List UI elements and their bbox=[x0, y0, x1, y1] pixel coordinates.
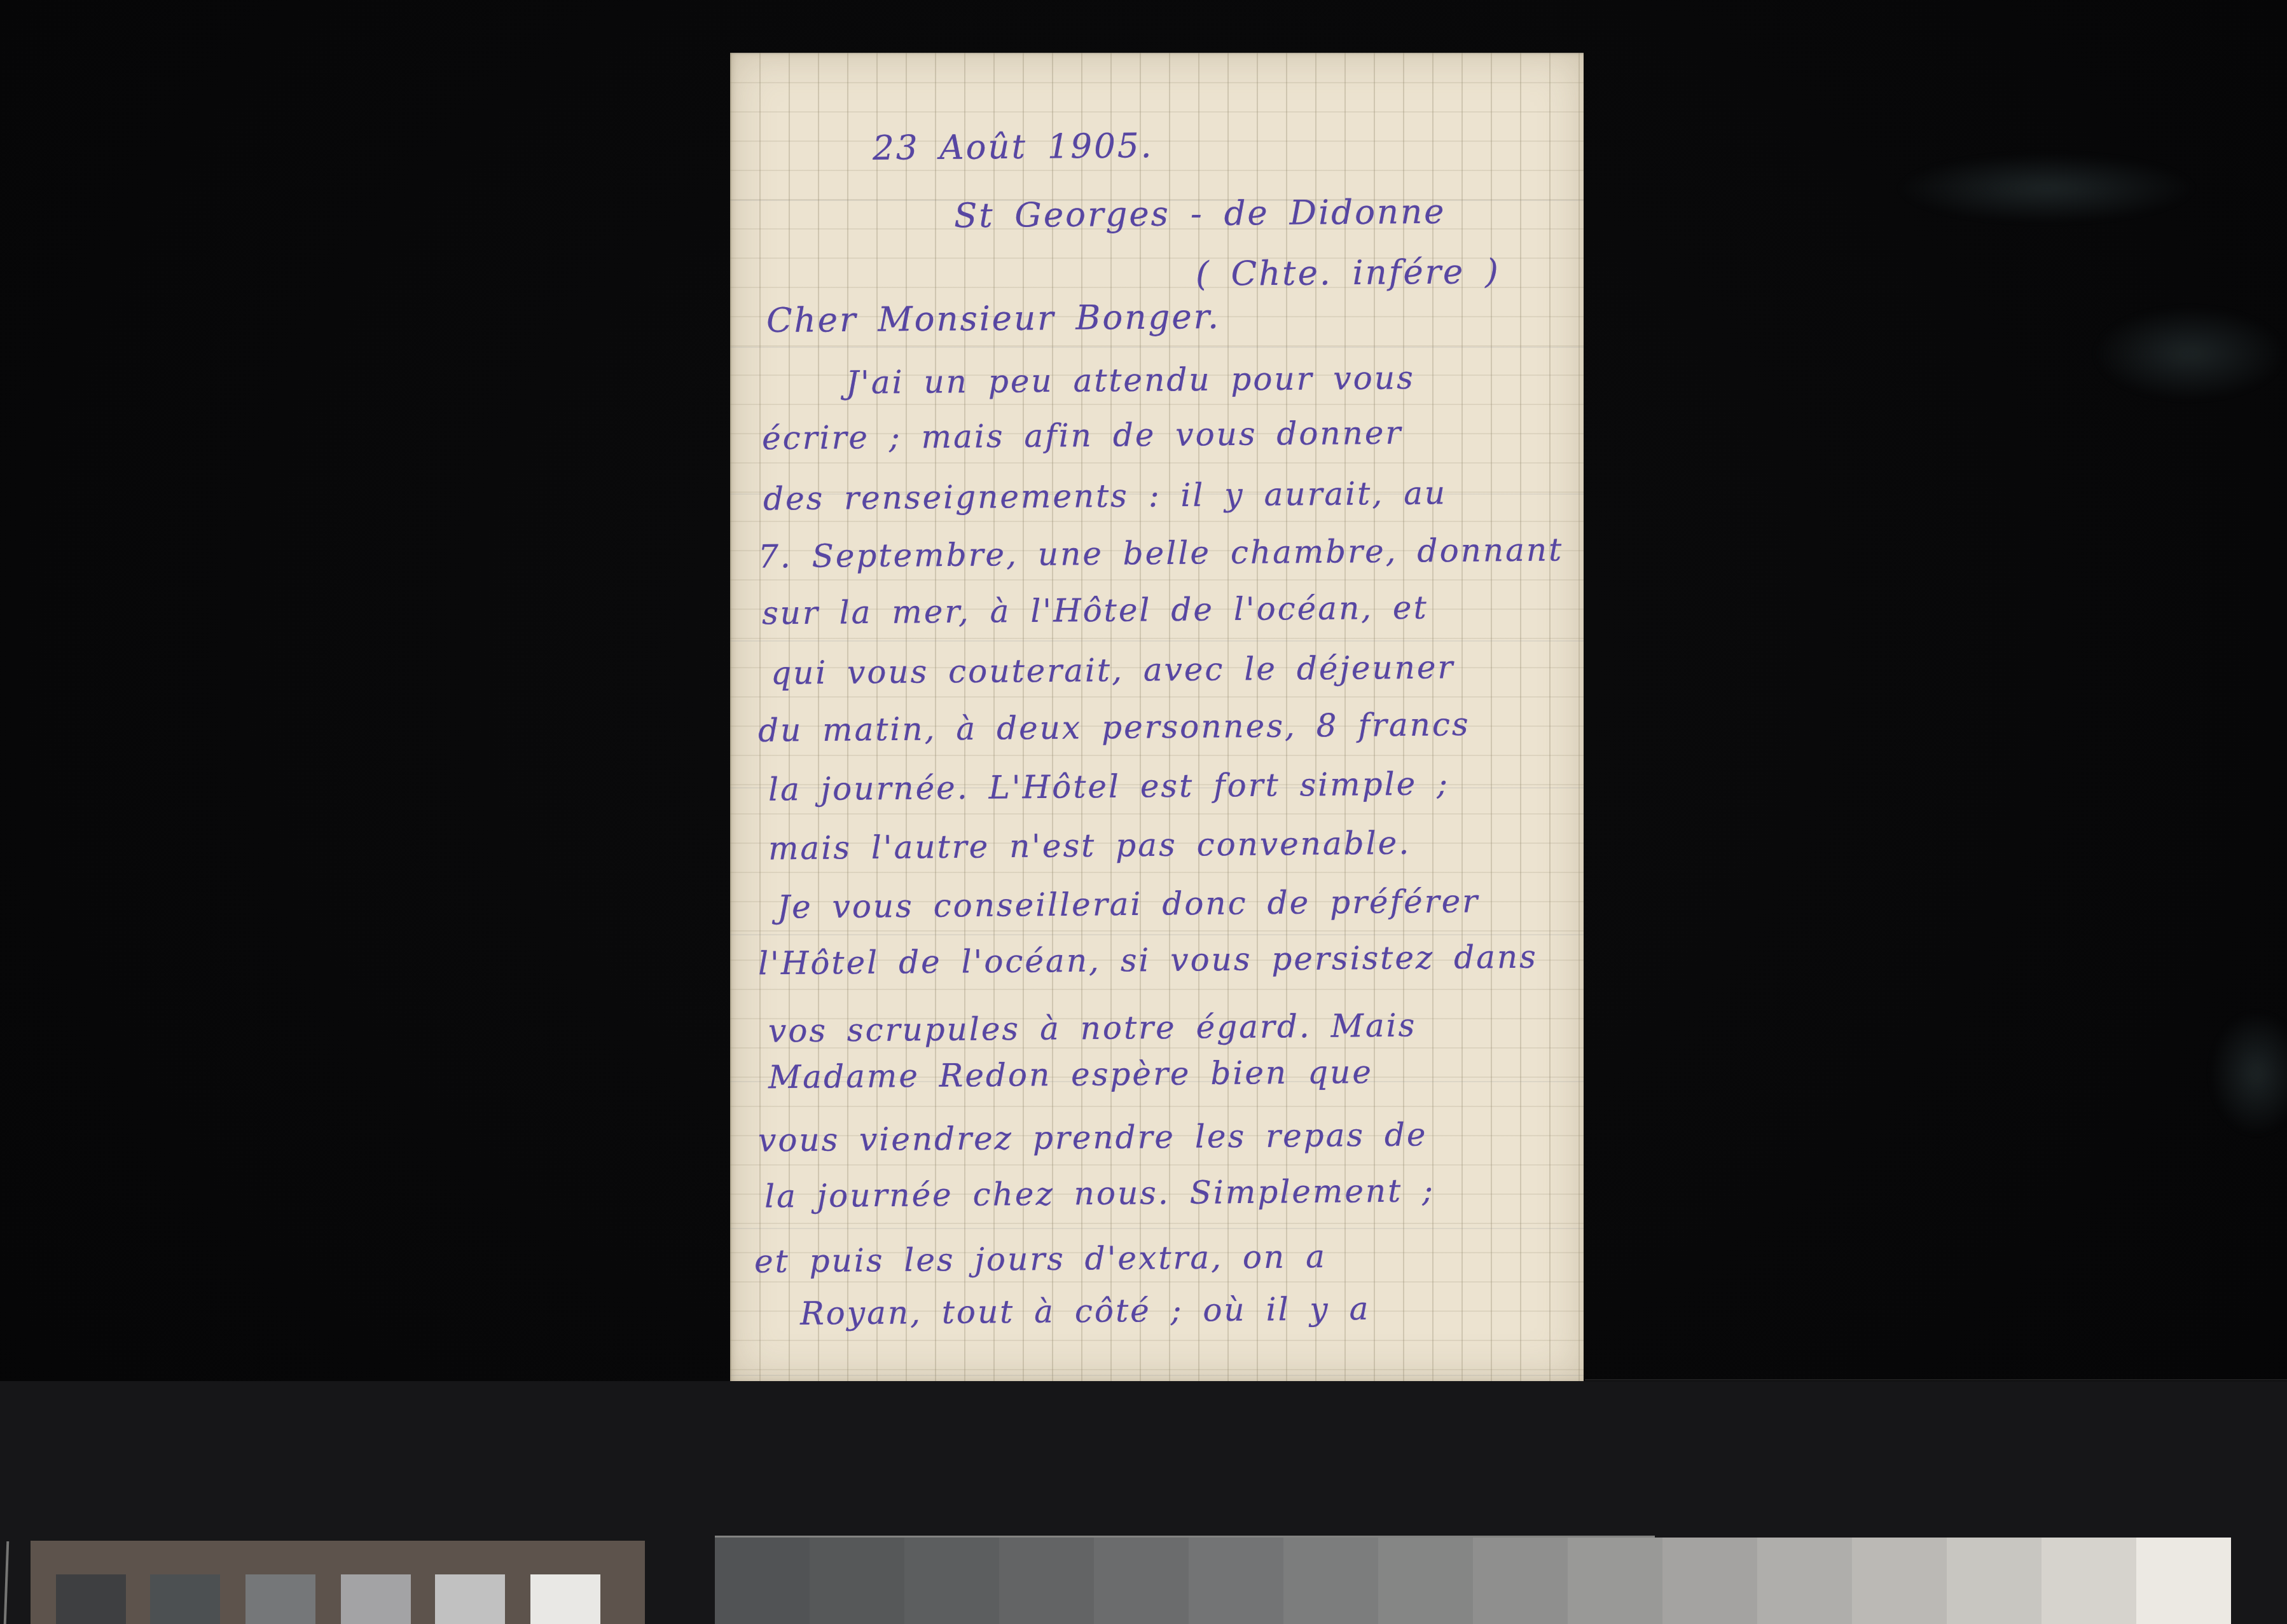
wedge-step bbox=[1189, 1538, 1283, 1624]
ink-ghost-smudge bbox=[2209, 1010, 2287, 1137]
ink-ghost-smudge bbox=[2091, 306, 2287, 401]
date-line: 23 Août 1905. bbox=[873, 126, 1154, 169]
wedge-step bbox=[1568, 1538, 1662, 1624]
grayscale-step-wedge bbox=[715, 1538, 2231, 1624]
wedge-step bbox=[2042, 1538, 2136, 1624]
letter-line: vous viendrez prendre les repas de bbox=[758, 1115, 1428, 1159]
grayscale-calibration-card bbox=[31, 1541, 645, 1624]
wedge-step bbox=[715, 1538, 810, 1624]
wedge-step bbox=[1473, 1538, 1568, 1624]
wedge-step bbox=[999, 1538, 1094, 1624]
letter-line: et puis les jours d'extra, on a bbox=[754, 1237, 1327, 1281]
letter-line: Madame Redon espère bien que bbox=[768, 1053, 1373, 1096]
letter-line: l'Hôtel de l'océan, si vous persistez da… bbox=[758, 938, 1538, 983]
wedge-step bbox=[1094, 1538, 1189, 1624]
surface-edge-line bbox=[1585, 1379, 2287, 1380]
letter-line: mais l'autre n'est pas convenable. bbox=[768, 824, 1411, 868]
gray-patch-6 bbox=[530, 1574, 600, 1624]
letter-line: sur la mer, à l'Hôtel de l'océan, et bbox=[762, 588, 1428, 632]
gray-patch-2 bbox=[150, 1574, 220, 1624]
letter-line: du matin, à deux personnes, 8 francs bbox=[758, 705, 1470, 750]
letter-line: la journée. L'Hôtel est fort simple ; bbox=[768, 764, 1449, 808]
letter-line: qui vous couterait, avec le déjeuner bbox=[771, 648, 1455, 692]
letter-line: des renseignements : il y aurait, au bbox=[763, 474, 1448, 518]
wedge-step bbox=[904, 1538, 999, 1624]
ink-ghost-smudge bbox=[1894, 153, 2199, 223]
letter-line: Royan, tout à côté ; où il y a bbox=[800, 1290, 1371, 1333]
wedge-step bbox=[1378, 1538, 1473, 1624]
region-line: ( Chte. infére ) bbox=[1196, 252, 1500, 295]
wedge-step bbox=[1283, 1538, 1378, 1624]
gray-patch-1 bbox=[56, 1574, 126, 1624]
gray-patch-4 bbox=[341, 1574, 411, 1624]
gray-patch-3 bbox=[245, 1574, 315, 1624]
wedge-step bbox=[810, 1538, 904, 1624]
letter-line: vos scrupules à notre égard. Mais bbox=[768, 1007, 1417, 1050]
wedge-step bbox=[2136, 1538, 2231, 1624]
photo-background: 23 Août 1905. St Georges - de Didonne ( … bbox=[0, 0, 2287, 1624]
gray-patch-5 bbox=[435, 1574, 505, 1624]
letter-line: Je vous conseillerai donc de préférer bbox=[777, 882, 1480, 926]
wedge-step bbox=[1662, 1538, 1757, 1624]
letter-line: 7. Septembre, une belle chambre, donnant bbox=[758, 530, 1564, 575]
letter-line: écrire ; mais afin de vous donner bbox=[762, 414, 1403, 458]
wedge-step bbox=[1852, 1538, 1947, 1624]
letter-line: J'ai un peu attendu pour vous bbox=[846, 359, 1415, 402]
wedge-step bbox=[1757, 1538, 1852, 1624]
letter-line: la journée chez nous. Simplement ; bbox=[764, 1171, 1435, 1215]
place-line: St Georges - de Didonne bbox=[954, 192, 1446, 237]
salutation-line: Cher Monsieur Bonger. bbox=[766, 297, 1221, 341]
wedge-step bbox=[1947, 1538, 2042, 1624]
